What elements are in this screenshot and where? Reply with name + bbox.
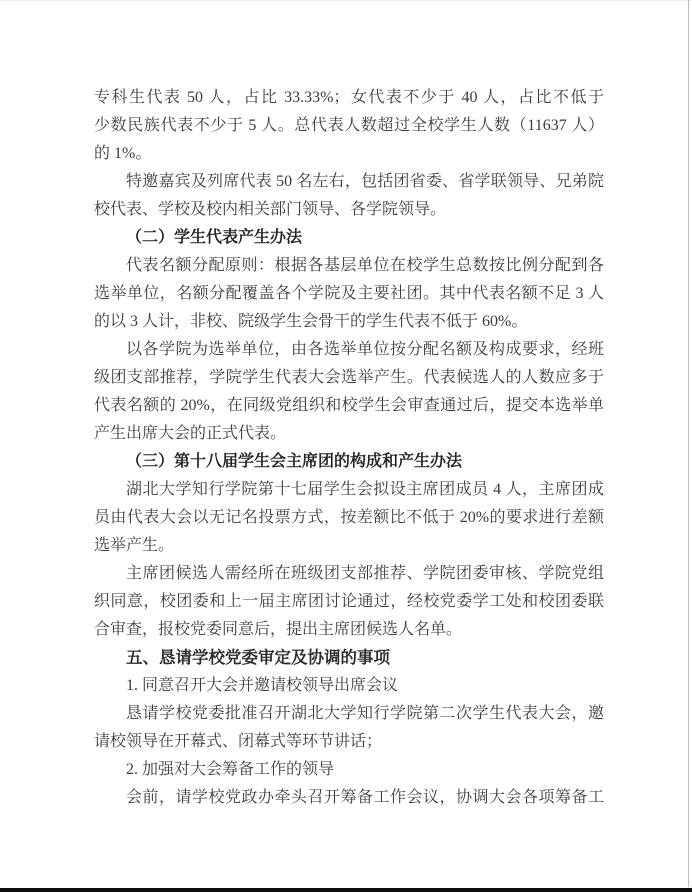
text-line: 五、恳请学校党委审定及协调的事项: [94, 644, 604, 672]
text-line: 代表名额的 20%，在同级党组织和校学生会审查通过后，提交本选举单: [94, 392, 604, 420]
text-line: 主席团候选人需经所在班级团支部推荐、学院团委审核、学院党组: [94, 560, 604, 588]
text-line: 校代表、学校及校内相关部门领导、各学院领导。: [94, 196, 604, 224]
document-page: 专科生代表 50 人，占比 33.33%；女代表不少于 40 人，占比不低于 2…: [0, 0, 692, 893]
page-right-edge: [688, 0, 689, 887]
text-line: 选举单位，名额分配覆盖各个学院及主要社团。其中代表名额不足 3 人: [94, 280, 604, 308]
document-text: 专科生代表 50 人，占比 33.33%；女代表不少于 40 人，占比不低于 2…: [94, 84, 604, 812]
page-top-edge: [0, 0, 692, 1]
text-line: 级团支部推荐，学院学生代表大会选举产生。代表候选人的人数应多于: [94, 364, 604, 392]
text-line: （三）第十八届学生会主席团的构成和产生办法: [94, 448, 604, 476]
text-line: 产生出席大会的正式代表。: [94, 420, 604, 448]
text-line: 2. 加强对大会筹备工作的领导: [94, 756, 604, 784]
text-line: 织同意，校团委和上一届主席团讨论通过，经校党委学工处和校团委联: [94, 588, 604, 616]
text-line: 员由代表大会以无记名投票方式，按差额比不低于 20%的要求进行差额: [94, 504, 604, 532]
text-line: 请校领导在开幕式、闭幕式等环节讲话；: [94, 728, 604, 756]
page-bottom-bar: [0, 888, 692, 892]
text-line: 会前，请学校党政办牵头召开筹备工作会议，协调大会各项筹备工: [94, 784, 604, 812]
text-line: 代表名额分配原则：根据各基层单位在校学生总数按比例分配到各: [94, 252, 604, 280]
text-line: 选举产生。: [94, 532, 604, 560]
text-line: 恳请学校党委批准召开湖北大学知行学院第二次学生代表大会，邀: [94, 700, 604, 728]
text-line: 1. 同意召开大会并邀请校领导出席会议: [94, 672, 604, 700]
text-line: 特邀嘉宾及列席代表 50 名左右，包括团省委、省学联领导、兄弟院: [94, 168, 604, 196]
text-line: 的 1%。: [94, 140, 604, 168]
text-line: （二）学生代表产生办法: [94, 224, 604, 252]
text-line: 以各学院为选举单位，由各选举单位按分配名额及构成要求，经班: [94, 336, 604, 364]
text-line: 湖北大学知行学院第十七届学生会拟设主席团成员 4 人，主席团成: [94, 476, 604, 504]
text-line: 少数民族代表不少于 5 人。总代表人数超过全校学生人数（11637 人）: [94, 112, 604, 140]
text-line: 专科生代表 50 人，占比 33.33%；女代表不少于 40 人，占比不低于 2…: [94, 84, 604, 112]
text-line: 的以 3 人计，非校、院级学生会骨干的学生代表不低于 60%。: [94, 308, 604, 336]
text-line: 合审查，报校党委同意后，提出主席团候选人名单。: [94, 616, 604, 644]
